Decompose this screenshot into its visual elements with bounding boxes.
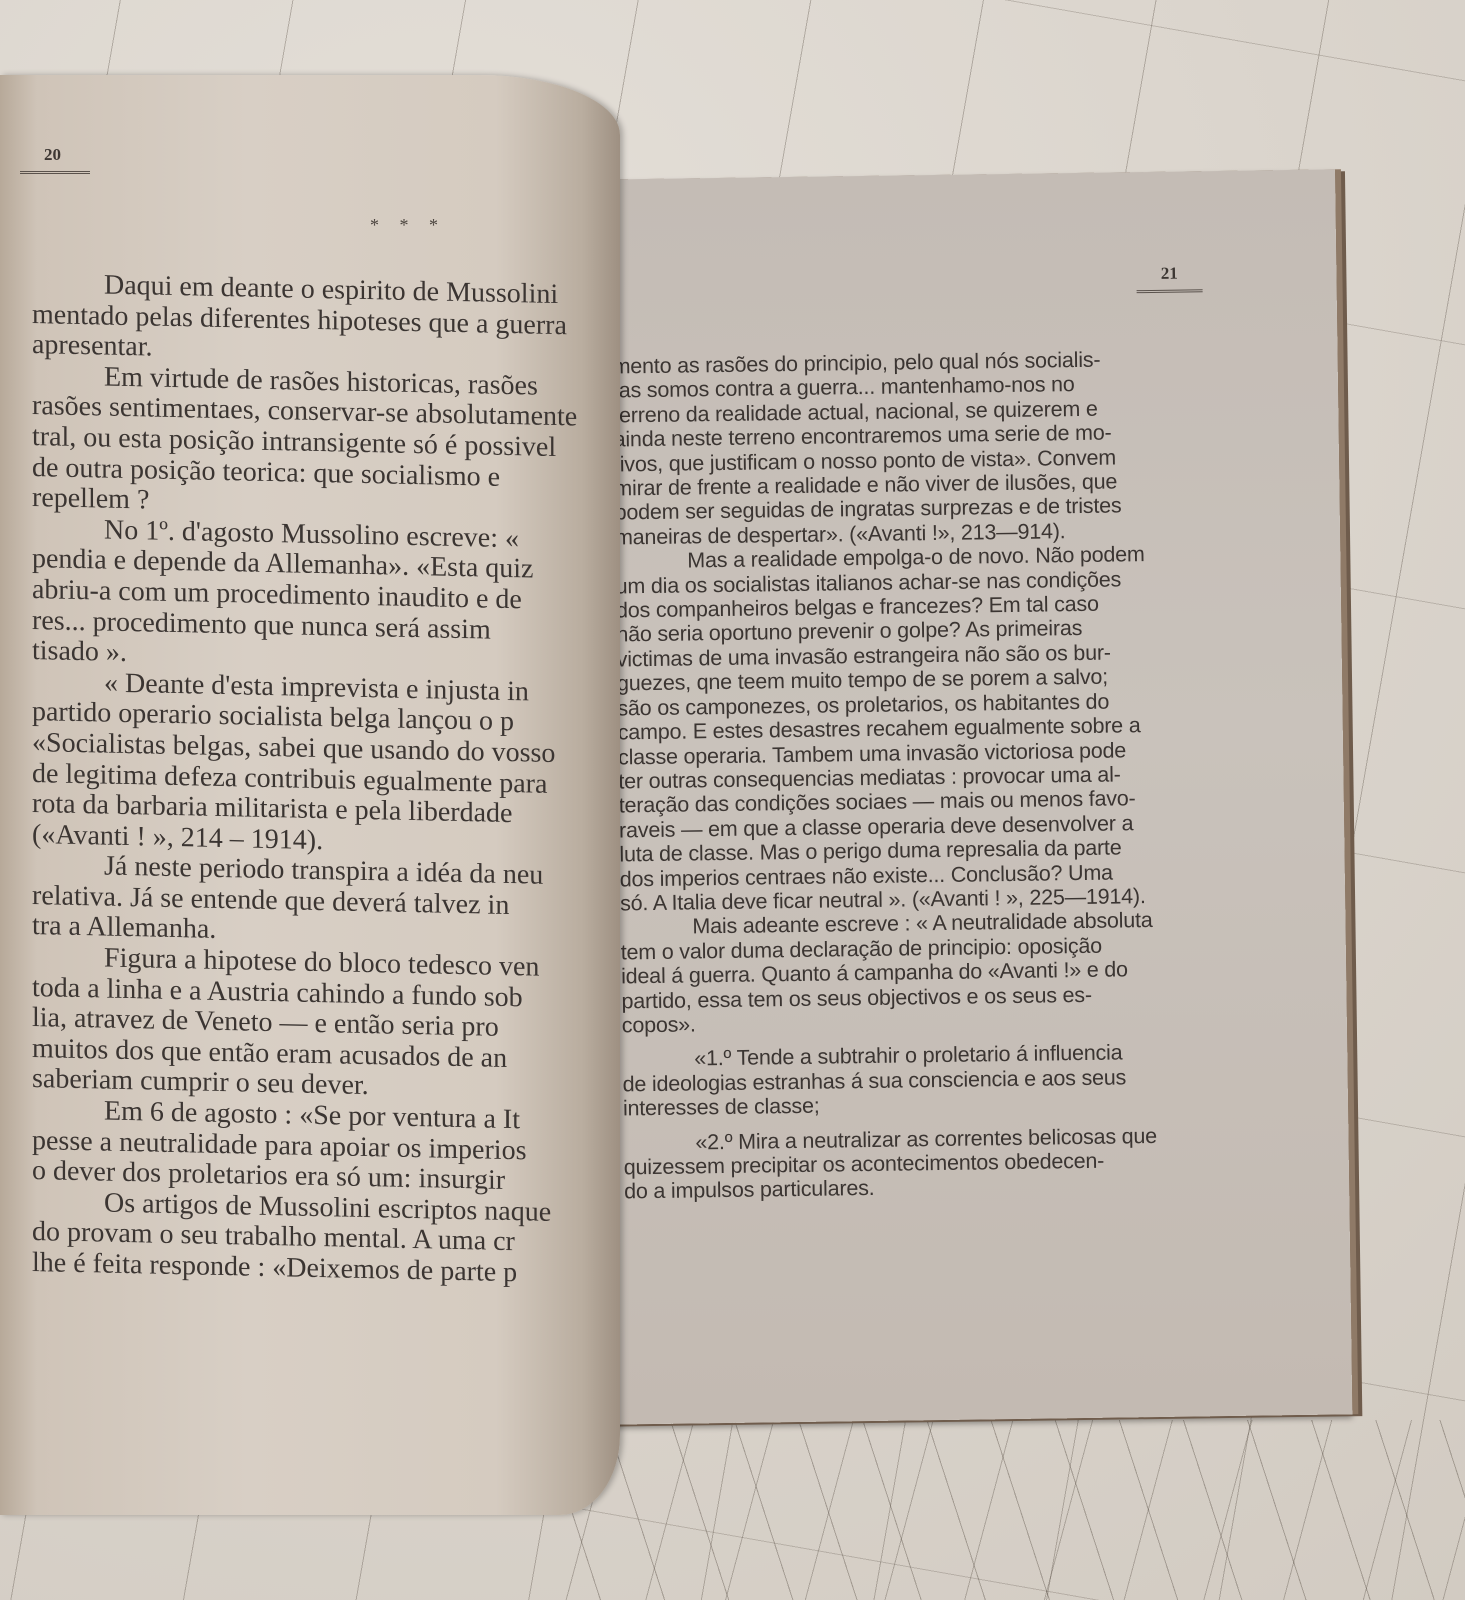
section-ornament: * * * [370, 215, 446, 236]
page-number-left: 20 [20, 145, 90, 174]
left-page: 20 * * * Daqui em deante o espirito de M… [0, 75, 620, 1515]
table-surface-scratches [560, 1420, 1465, 1600]
left-page-text: Daqui em deante o espirito de Mussolinim… [32, 269, 602, 1291]
right-page-text: mento as rasões do principio, pelo qual … [612, 345, 1274, 1204]
right-page: 21 mento as rasões do principio, pelo qu… [575, 169, 1352, 1424]
page-number-right: 21 [1136, 263, 1202, 293]
